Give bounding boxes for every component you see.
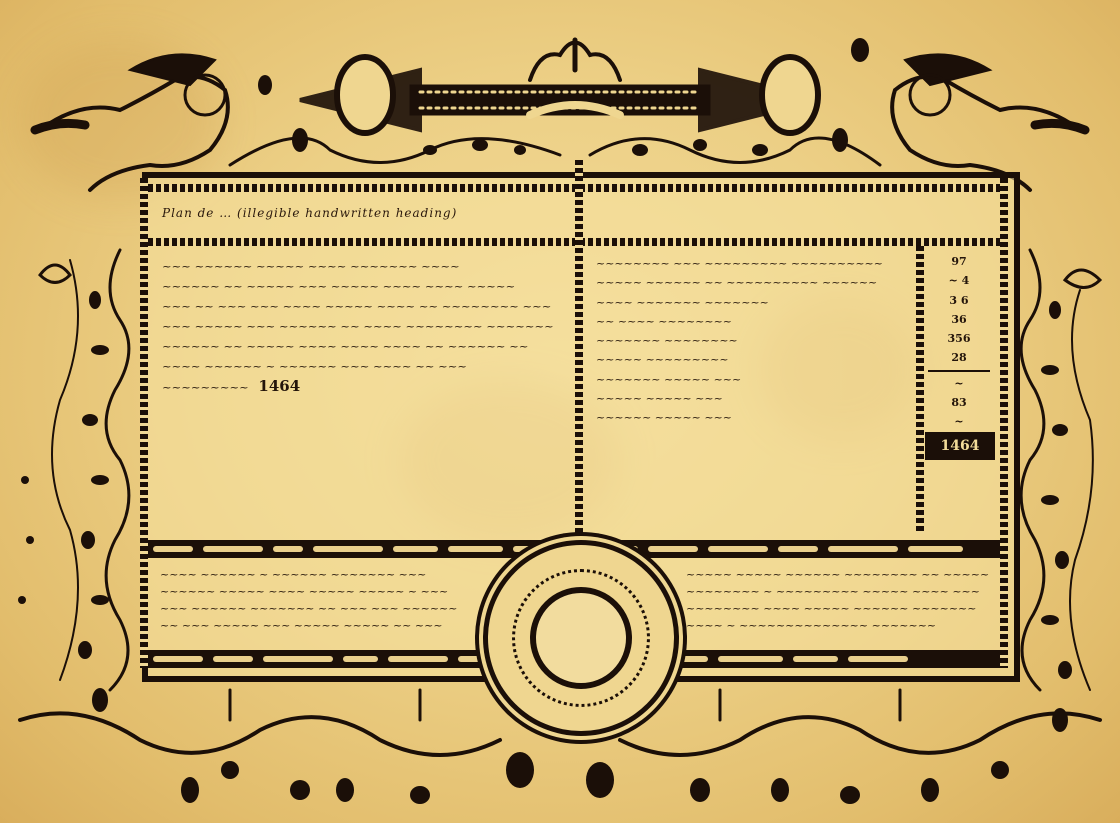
text-line: ~~~~ ~~~~~~ ~ ~~~~~~ ~~~ ~~~~ ~~ ~~~ <box>162 356 567 376</box>
band-mark <box>848 656 908 662</box>
band-mark <box>153 546 193 552</box>
text-line: ~~~~~~ ~~ ~~~~~ ~~~~ ~~~~ ~~~~ ~~ ~~~~~~… <box>162 336 567 356</box>
title-divider <box>148 238 1000 246</box>
text-line: ~~~~~~~~ ~~~~ ~~~~~ ~~~~~~ ~~~~~~~ <box>686 600 991 617</box>
band-mark <box>648 546 698 552</box>
band-mark <box>513 546 548 552</box>
text-line: ~~~~~~~~ ~ ~~~~~~~~~ ~~~~~ ~~~~ ~~~ <box>686 583 991 600</box>
bottom-left-text: ~~~~ ~~~~~~ ~ ~~~~~~ ~~~~~~~ ~~~ ~~~~~~ … <box>160 566 485 634</box>
text-line: ~~~~~~ ~~~~~ ~~~~ ~~~~~ ~~~~~ ~ ~~~ <box>160 583 485 600</box>
ledger-total: 1464 <box>925 432 995 460</box>
text-fragment: ~~~~~~~~~ <box>162 380 249 394</box>
amount: 83 <box>928 393 990 412</box>
band-mark <box>203 546 263 552</box>
band-mark <box>708 546 768 552</box>
ledger-item: ~~~~~~~ ~~~~~ ~~~ <box>596 370 914 389</box>
ledger-items: ~~~~~~~~ ~~~ ~~~~~~~~~ ~~~~~~~~~~ ~~~~~ … <box>596 254 914 428</box>
ledger-item: ~~~~~ ~~~~~~ ~~ ~~~~~~~~~~ ~~~~~~ <box>596 273 914 292</box>
amount: ~ <box>928 374 990 393</box>
band-mark <box>793 656 838 662</box>
ledger-item: ~~~~~~ ~~~~~ ~~~ <box>596 408 914 427</box>
ledger-amounts: 97 ~ 4 3 6 36 356 28 ~ 83 ~ <box>928 252 990 432</box>
band-mark <box>393 546 438 552</box>
band-mark <box>908 546 963 552</box>
ledger-item: ~~~~~ ~~~~~ ~~~ <box>596 389 914 408</box>
frame-border-top <box>148 184 1000 192</box>
emphasized-figure: 1464 <box>258 377 300 395</box>
amount-column-divider <box>916 246 924 534</box>
amount: ~ <box>928 412 990 431</box>
left-text-panel: ~~~ ~~~~~~ ~~~~~ ~~~~ ~~~~~~~ ~~~~ ~~~~~… <box>162 256 567 397</box>
text-line: ~~~ ~~~~~ ~~~ ~~~~~~ ~~ ~~~~ ~~~~~~~~ ~~… <box>162 316 567 336</box>
amount: 356 <box>928 329 990 348</box>
band-mark <box>778 546 818 552</box>
text-line: ~~~~~ ~~~~~ ~~~~~~ ~~~~~~~~ ~~ ~~~~~ <box>686 566 991 583</box>
text-line: ~~~ ~~ ~~~ ~~~ ~~~~ ~~~~~ ~~~~ ~~ ~~~~~~… <box>162 296 567 316</box>
text-line: ~~ ~~~ ~~~~~ ~~~ ~~~~~ ~~~~~ ~~ ~~~ <box>160 617 485 634</box>
amount: 3 6 <box>928 291 990 310</box>
bottom-right-text: ~~~~~ ~~~~~ ~~~~~~ ~~~~~~~~ ~~ ~~~~~ ~~~… <box>686 566 991 634</box>
document-heading: Plan de … (illegible handwritten heading… <box>148 196 994 230</box>
amount: ~ 4 <box>928 271 990 290</box>
band-mark <box>153 656 203 662</box>
band-mark <box>718 656 783 662</box>
amount-separator <box>928 370 990 372</box>
amount: 97 <box>928 252 990 271</box>
band-mark <box>448 546 503 552</box>
text-line: ~~~~ ~~~~~~ ~ ~~~~~~ ~~~~~~~ ~~~ <box>160 566 485 583</box>
ledger-item: ~~~~~~~ ~~~~~~~~ <box>596 331 914 350</box>
band-mark <box>828 546 898 552</box>
ledger-item: ~~~~~ ~~~~~~~~~ <box>596 350 914 369</box>
ledger-item: ~~~~ ~~~~~~~ ~~~~~~~ <box>596 293 914 312</box>
ledger-item: ~~ ~~~~ ~~~~~~~~ <box>596 312 914 331</box>
band-mark <box>213 656 253 662</box>
band-mark <box>343 656 378 662</box>
amount: 28 <box>928 348 990 367</box>
band-mark <box>313 546 383 552</box>
band-mark <box>263 656 333 662</box>
text-line: ~~~~~~~~~ 1464 <box>162 376 567 397</box>
text-line: ~~~~ ~ ~~~~~~~~~~~~~~ ~~~~~~~ <box>686 617 991 634</box>
band-mark <box>273 546 303 552</box>
amount: 36 <box>928 310 990 329</box>
text-line: ~~~ ~~~~~~ ~~~~~ ~~~~ ~~~~~~~ ~~~~ <box>162 256 567 276</box>
text-line: ~~~ ~~~~~~ ~~~~~~~ ~~ ~~~ ~~~ ~~~~~~ <box>160 600 485 617</box>
seal-emblem <box>530 587 632 689</box>
frame-border-left <box>140 178 148 668</box>
band-mark <box>388 656 448 662</box>
frame-border-right <box>1000 178 1008 668</box>
text-line: ~~~~~~ ~~ ~~~~~ ~~~ ~~~~~ ~~~~ ~~~~ ~~~~… <box>162 276 567 296</box>
seal <box>488 545 674 731</box>
ledger-item: ~~~~~~~~ ~~~ ~~~~~~~~~ ~~~~~~~~~~ <box>596 254 914 273</box>
